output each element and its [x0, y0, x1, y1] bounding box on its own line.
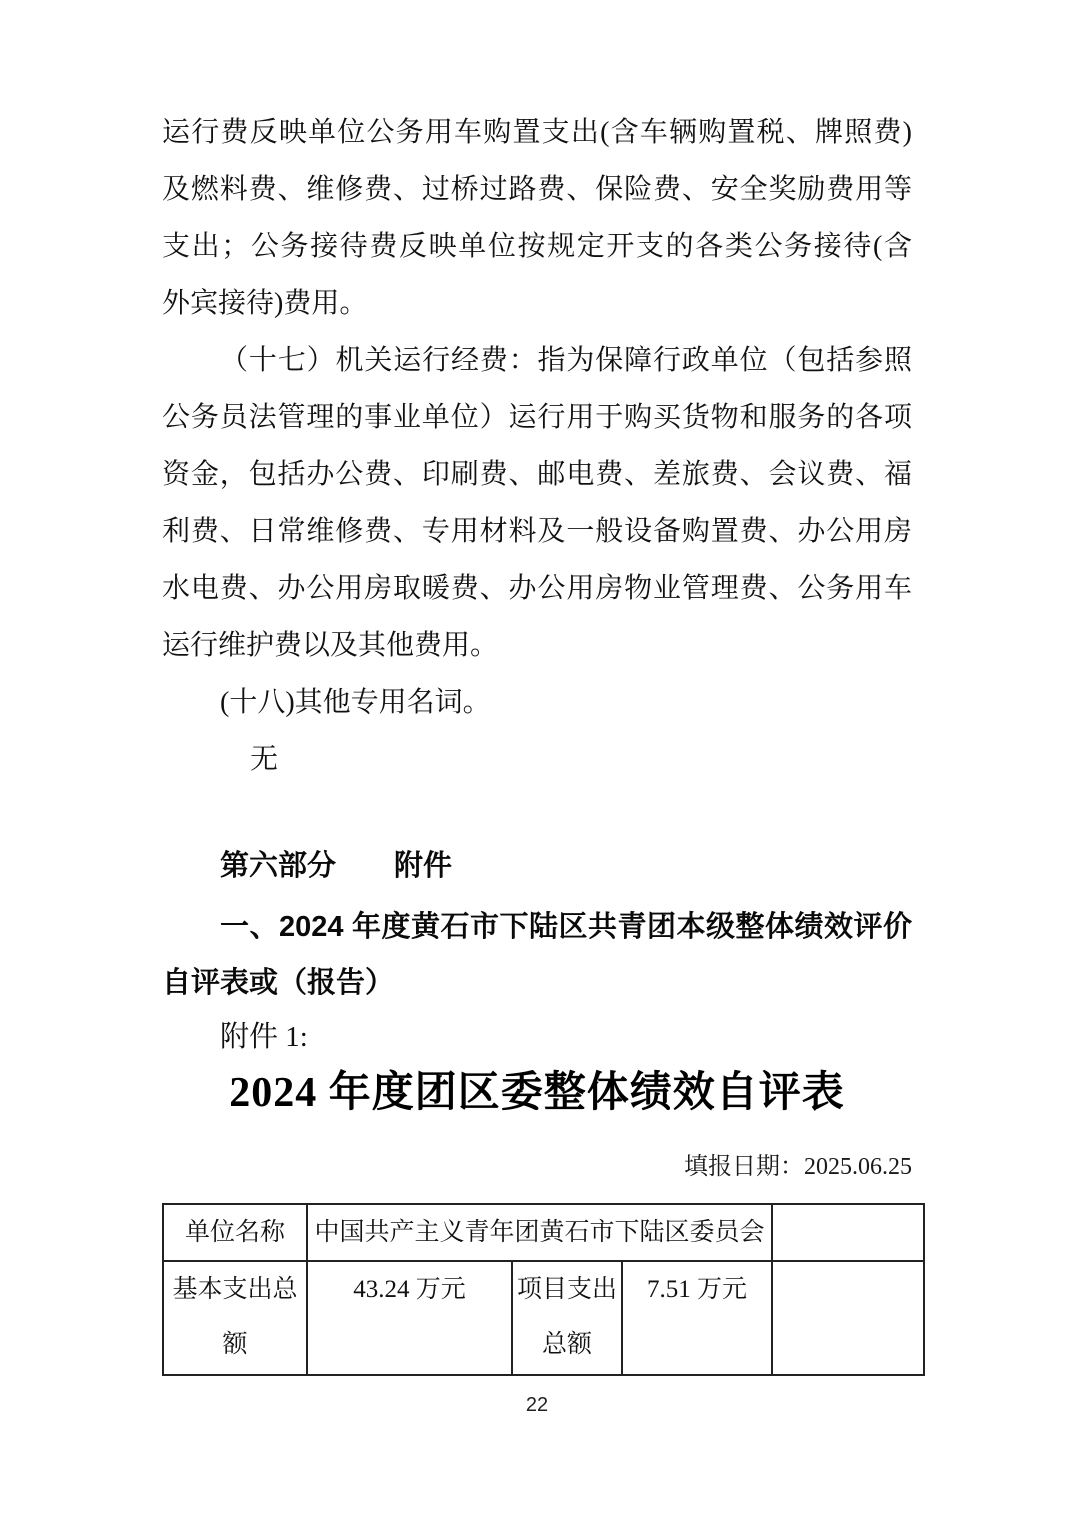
attachment-heading-line: 自评表或（报告） [162, 956, 912, 1010]
attachment-heading: 一、2024 年度黄石市下陆区共青团本级整体绩效评价 自评表或（报告） [162, 899, 912, 1010]
table-cell-project-expense-label: 项目支出总额 [512, 1261, 622, 1375]
paragraph-agency-operating-funds: （十七）机关运行经费：指为保障行政单位（包括参照 公务员法管理的事业单位）运行用… [162, 332, 912, 674]
paragraph-none: 无 [162, 731, 912, 788]
self-evaluation-summary-table: 单位名称 中国共产主义青年团黄石市下陆区委员会 基本支出总额 43.24 万元 … [162, 1203, 925, 1376]
attachment-label: 附件 1: [162, 1012, 912, 1062]
body-text-line: 资金，包括办公费、印刷费、邮电费、差旅费、会议费、福 [162, 446, 912, 503]
table-cell-unit-name-value: 中国共产主义青年团黄石市下陆区委员会 [307, 1204, 772, 1261]
table-cell-basic-expense-value: 43.24 万元 [307, 1261, 512, 1375]
attachment-heading-line: 一、2024 年度黄石市下陆区共青团本级整体绩效评价 [162, 899, 912, 956]
document-page: 运行费反映单位公务用车购置支出(含车辆购置税、牌照费) 及燃料费、维修费、过桥过… [0, 0, 1074, 1520]
body-text-line: 公务员法管理的事业单位）运行用于购买货物和服务的各项 [162, 389, 912, 446]
paragraph-other-terms: (十八)其他专用名词。 [162, 674, 912, 731]
document-body: 运行费反映单位公务用车购置支出(含车辆购置税、牌照费) 及燃料费、维修费、过桥过… [0, 0, 1074, 1418]
table-row-expense-totals: 基本支出总额 43.24 万元 项目支出总额 7.51 万元 [163, 1261, 924, 1375]
table-row-unit-name: 单位名称 中国共产主义青年团黄石市下陆区委员会 [163, 1204, 924, 1261]
body-text-line: 外宾接待)费用。 [162, 275, 912, 332]
body-text-line: 水电费、办公用房取暖费、办公用房物业管理费、公务用车 [162, 560, 912, 617]
table-cell-empty [772, 1204, 924, 1261]
body-text-line: 支出；公务接待费反映单位按规定开支的各类公务接待(含 [162, 218, 912, 275]
body-text-line: 运行维护费以及其他费用。 [162, 617, 912, 674]
section-heading-part-six: 第六部分 附件 [162, 838, 912, 895]
table-cell-basic-expense-label: 基本支出总额 [163, 1261, 307, 1375]
body-text-line: 利费、日常维修费、专用材料及一般设备购置费、办公用房 [162, 503, 912, 560]
page-number: 22 [162, 1392, 912, 1418]
paragraph-vehicle-operating-costs: 运行费反映单位公务用车购置支出(含车辆购置税、牌照费) 及燃料费、维修费、过桥过… [162, 104, 912, 332]
body-text-line: 及燃料费、维修费、过桥过路费、保险费、安全奖励费用等 [162, 161, 912, 218]
table-cell-empty [772, 1261, 924, 1375]
body-text-line: （十七）机关运行经费：指为保障行政单位（包括参照 [162, 332, 912, 389]
table-cell-unit-name-label: 单位名称 [163, 1204, 307, 1261]
body-text-line: 运行费反映单位公务用车购置支出(含车辆购置税、牌照费) [162, 104, 912, 161]
self-evaluation-table-title: 2024 年度团区委整体绩效自评表 [162, 1062, 912, 1124]
table-cell-project-expense-value: 7.51 万元 [622, 1261, 772, 1375]
fill-date: 填报日期：2025.06.25 [162, 1152, 912, 1182]
